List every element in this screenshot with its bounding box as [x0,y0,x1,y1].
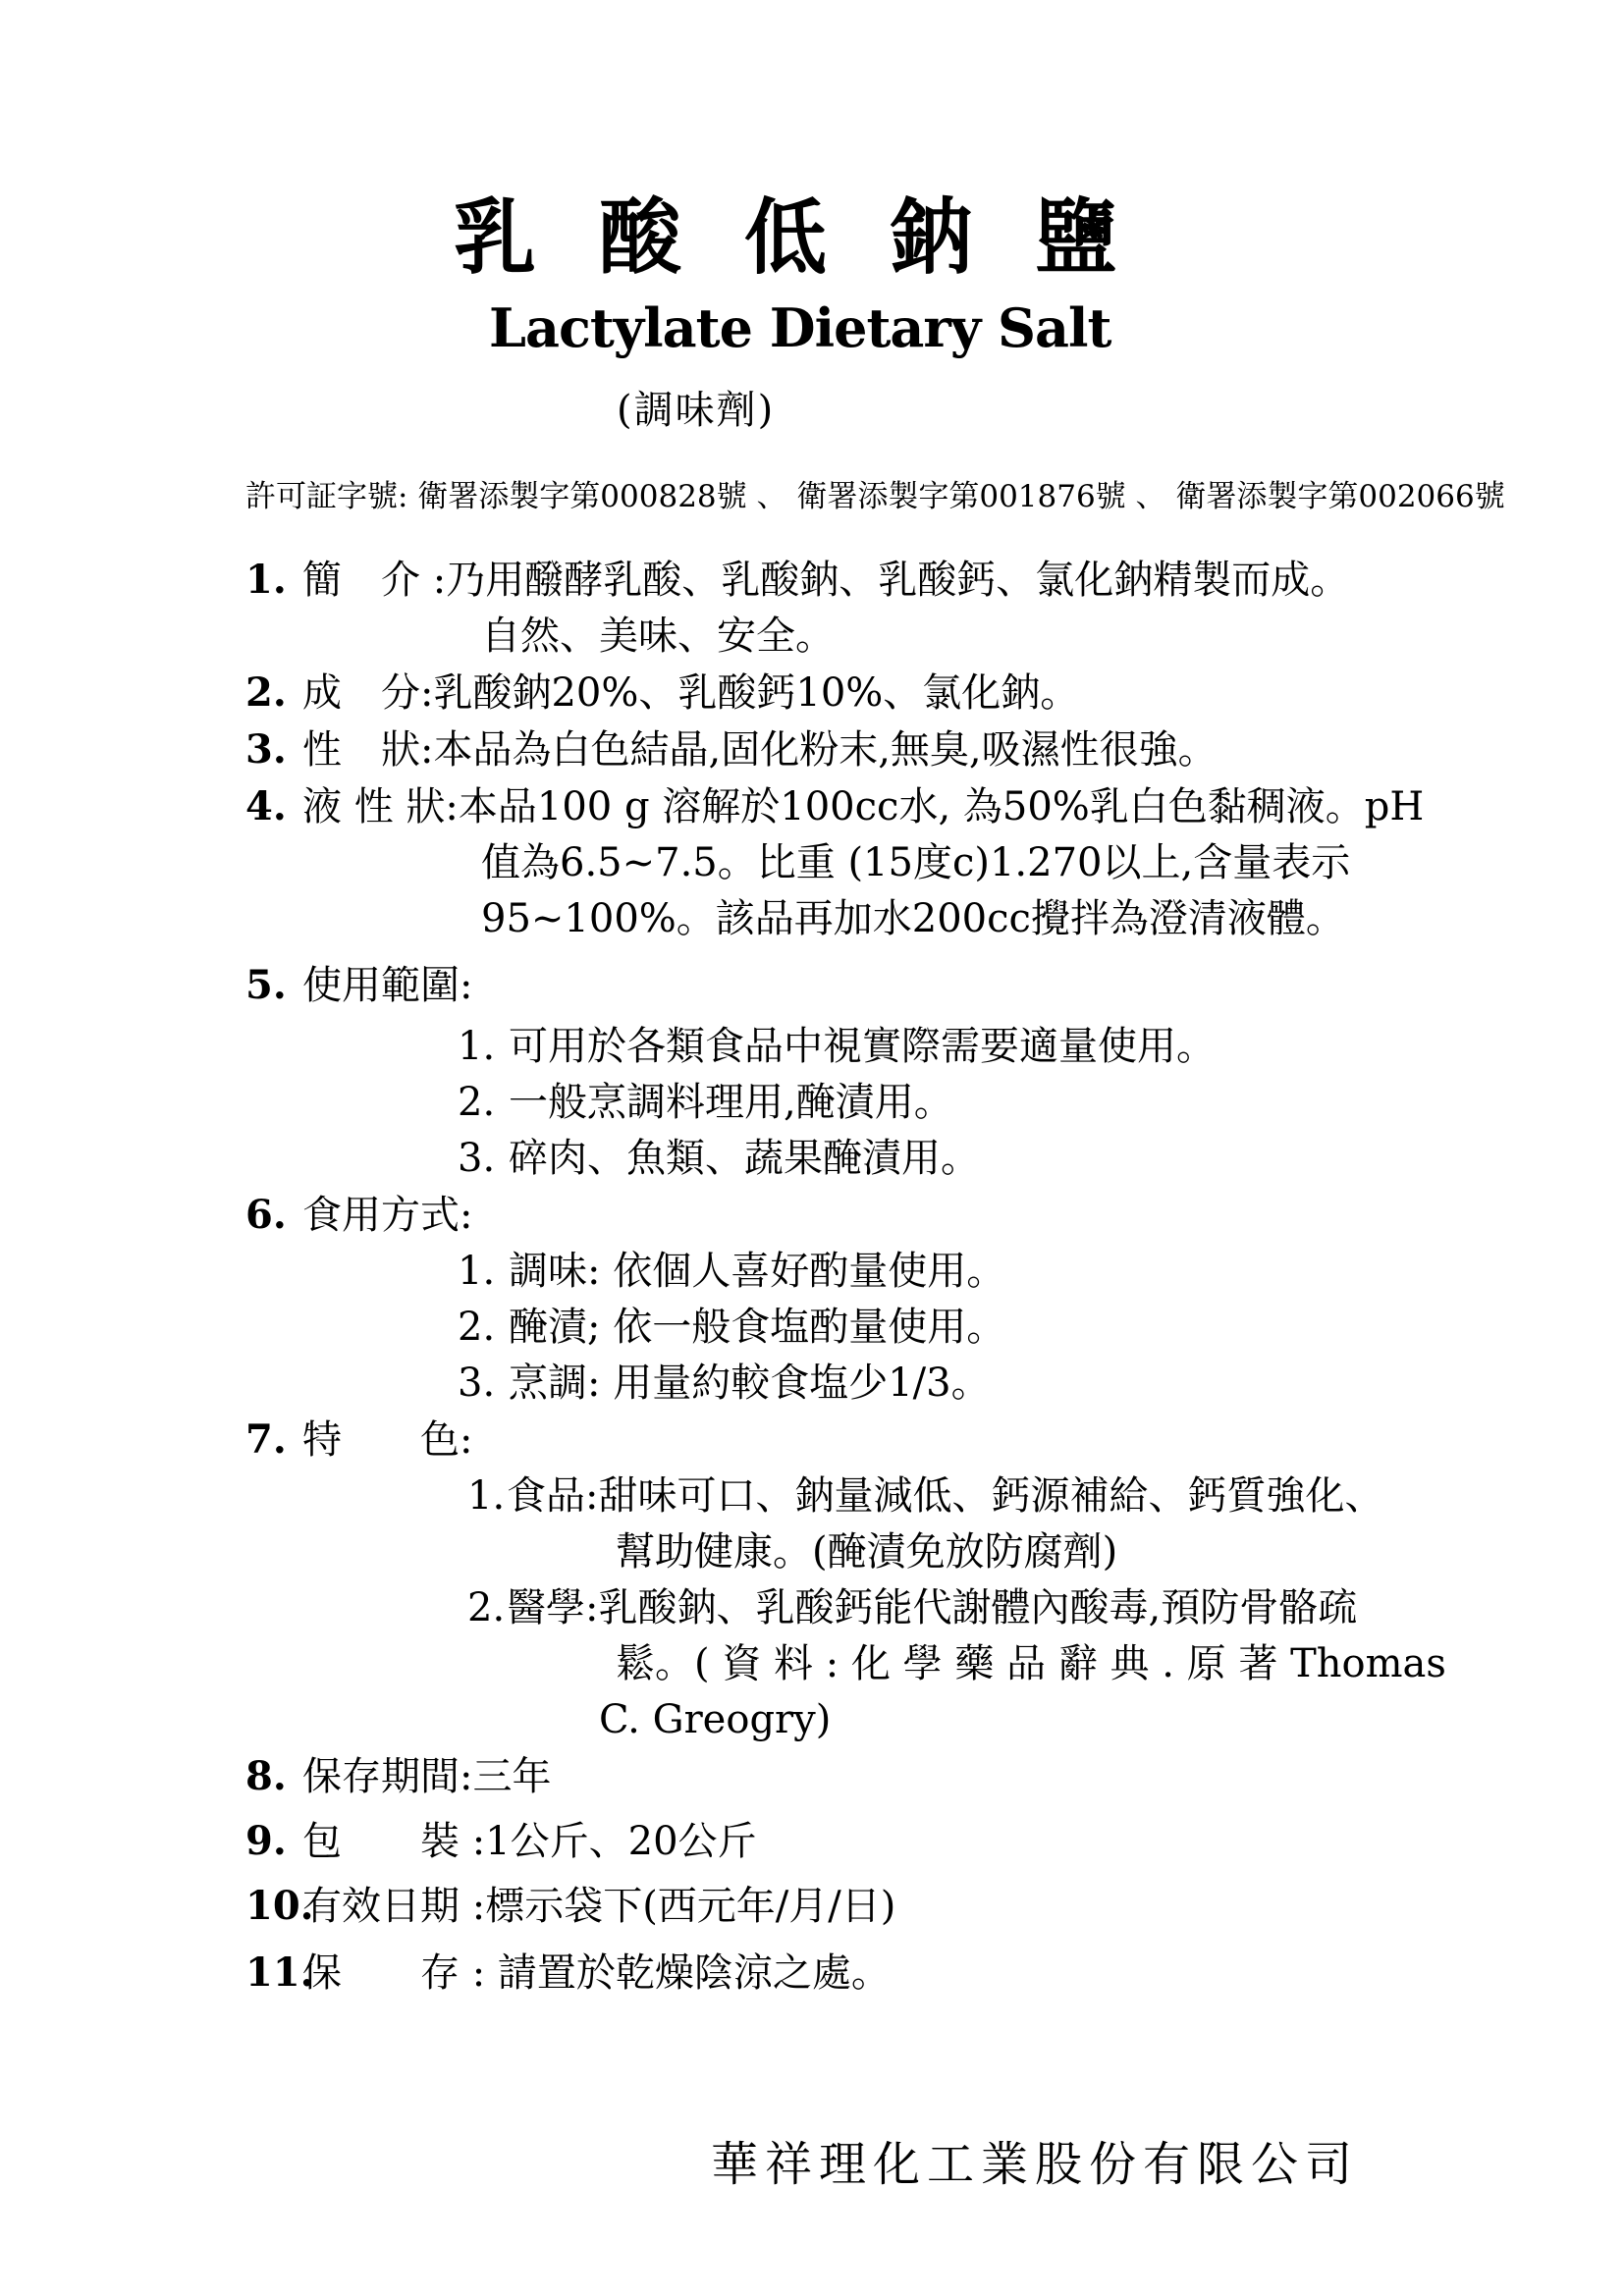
sub-item-text: 食品:甜味可口、鈉量減低、鈣源補給、鈣質強化、 [507,1468,1522,1524]
document-body: 1. 簡 介 :乃用醱酵乳酸、乳酸鈉、乳酸鈣、氯化鈉精製而成。 自然、美味、安全… [245,552,1522,2002]
item-number: 8. [245,1748,302,1804]
item-number: 2. [245,665,302,721]
item-5-sub-2: 2. 一般烹調料理用,醃漬用。 [245,1075,1522,1131]
item-text: 使用範圍: [302,958,1522,1014]
item-7-sub-1-line-1: 1. 食品:甜味可口、鈉量減低、鈣源補給、鈣質強化、 [245,1468,1522,1524]
page-subtitle-english: Lactylate Dietary Salt [489,296,1110,359]
permit-number-line: 許可証字號: 衛署添製字第000828號 、 衛署添製字第001876號 、 衛… [245,471,1505,515]
item-text: 值為6.5~7.5。比重 (15度c)1.270以上,含量表示 [481,835,1522,891]
sub-item-number: 1. [458,1019,509,1075]
item-text: 保存期間:三年 [302,1749,1522,1805]
item-text: 簡 介 :乃用醱酵乳酸、乳酸鈉、乳酸鈣、氯化鈉精製而成。 [302,553,1522,609]
item-7-sub-2-line-1: 2. 醫學:乳酸鈉、乳酸鈣能代謝體內酸毒,預防骨骼疏 [245,1580,1522,1636]
sub-item-number: 2. [458,1300,509,1356]
item-6-sub-1: 1. 調味: 依個人喜好酌量使用。 [245,1244,1522,1300]
sub-item-text: 幫助健康。(醃漬免放防腐劑) [616,1524,1522,1580]
item-text: 液 性 狀:本品100 g 溶解於100cc水, 為50%乳白色黏稠液。pH [302,779,1522,835]
item-number: 4. [245,778,302,834]
item-7-sub-1-line-2: 幫助健康。(醃漬免放防腐劑) [245,1524,1522,1580]
item-7-sub-2-line-2: 鬆。( 資 料 : 化 學 藥 品 辭 典 . 原 著 Thomas [245,1636,1522,1692]
item-number: 6. [245,1187,302,1243]
item-text: 特 色: [302,1413,1522,1468]
item-4-line-2: 值為6.5~7.5。比重 (15度c)1.270以上,含量表示 [245,835,1522,891]
item-text: 95~100%。該品再加水200cc攪拌為澄清液體。 [481,891,1522,947]
sub-item-number: 1. [467,1468,507,1524]
item-8: 8. 保存期間:三年 [245,1748,1522,1805]
company-name: 華祥理化工業股份有限公司 [711,2126,1359,2194]
item-4-line-3: 95~100%。該品再加水200cc攪拌為澄清液體。 [245,891,1522,947]
item-5-sub-3: 3. 碎肉、魚類、蔬果醃漬用。 [245,1131,1522,1187]
item-1-line-1: 1. 簡 介 :乃用醱酵乳酸、乳酸鈉、乳酸鈣、氯化鈉精製而成。 [245,552,1522,609]
item-6-sub-3: 3. 烹調: 用量約較食塩少1/3。 [245,1356,1522,1412]
item-number: 9. [245,1813,302,1869]
sub-item-number: 2. [467,1580,507,1636]
item-text: 自然、美味、安全。 [481,609,1522,665]
item-number: 7. [245,1412,302,1468]
item-1-line-2: 自然、美味、安全。 [245,609,1522,665]
item-6-sub-2: 2. 醃漬; 依一般食塩酌量使用。 [245,1300,1522,1356]
sub-item-text: 調味: 依個人喜好酌量使用。 [509,1244,1522,1300]
item-number: 5. [245,957,302,1013]
item-text: 保 存 : 請置於乾燥陰涼之處。 [302,1946,1522,2002]
item-number: 1. [245,552,302,608]
sub-item-number: 2. [458,1075,509,1131]
sub-item-text: C. Greogry) [599,1692,1522,1748]
item-text: 性 狀:本品為白色結晶,固化粉末,無臭,吸濕性很強。 [302,722,1522,778]
page-title: 乳酸低鈉鹽 [454,192,1180,283]
item-5-sub-1: 1. 可用於各類食品中視實際需要適量使用。 [245,1019,1522,1075]
sub-item-number: 3. [458,1356,509,1412]
sub-item-text: 醃漬; 依一般食塩酌量使用。 [509,1300,1522,1356]
item-9: 9. 包 裝 :1公斤、20公斤 [245,1813,1522,1870]
item-4-line-1: 4. 液 性 狀:本品100 g 溶解於100cc水, 為50%乳白色黏稠液。p… [245,778,1522,835]
sub-item-text: 醫學:乳酸鈉、乳酸鈣能代謝體內酸毒,預防骨骼疏 [507,1580,1522,1636]
sub-item-number: 3. [458,1131,509,1187]
item-7-header: 7. 特 色: [245,1412,1522,1468]
sub-item-text: 一般烹調料理用,醃漬用。 [509,1075,1522,1131]
sub-item-number: 1. [458,1244,509,1300]
item-text: 成 分:乳酸鈉20%、乳酸鈣10%、氯化鈉。 [302,666,1522,721]
item-number: 10. [245,1878,302,1934]
item-text: 包 裝 :1公斤、20公斤 [302,1814,1522,1870]
document-page: 乳酸低鈉鹽 Lactylate Dietary Salt (調味劑) 許可証字號… [0,0,1624,2296]
item-2: 2. 成 分:乳酸鈉20%、乳酸鈣10%、氯化鈉。 [245,665,1522,721]
item-6-header: 6. 食用方式: [245,1187,1522,1244]
item-10: 10. 有效日期 :標示袋下(西元年/月/日) [245,1878,1522,1935]
item-5-header: 5. 使用範圍: [245,957,1522,1014]
item-text: 有效日期 :標示袋下(西元年/月/日) [302,1879,1522,1935]
sub-item-text: 可用於各類食品中視實際需要適量使用。 [509,1019,1522,1075]
item-7-sub-2-line-3: C. Greogry) [245,1692,1522,1748]
sub-item-text: 烹調: 用量約較食塩少1/3。 [509,1356,1522,1412]
item-3: 3. 性 狀:本品為白色結晶,固化粉末,無臭,吸濕性很強。 [245,721,1522,778]
item-text: 食用方式: [302,1188,1522,1244]
category-note: (調味劑) [617,379,775,435]
sub-item-text: 鬆。( 資 料 : 化 學 藥 品 辭 典 . 原 著 Thomas [616,1636,1522,1692]
sub-item-text: 碎肉、魚類、蔬果醃漬用。 [509,1131,1522,1187]
item-number: 3. [245,721,302,777]
item-number: 11. [245,1945,302,2001]
item-11: 11. 保 存 : 請置於乾燥陰涼之處。 [245,1945,1522,2002]
